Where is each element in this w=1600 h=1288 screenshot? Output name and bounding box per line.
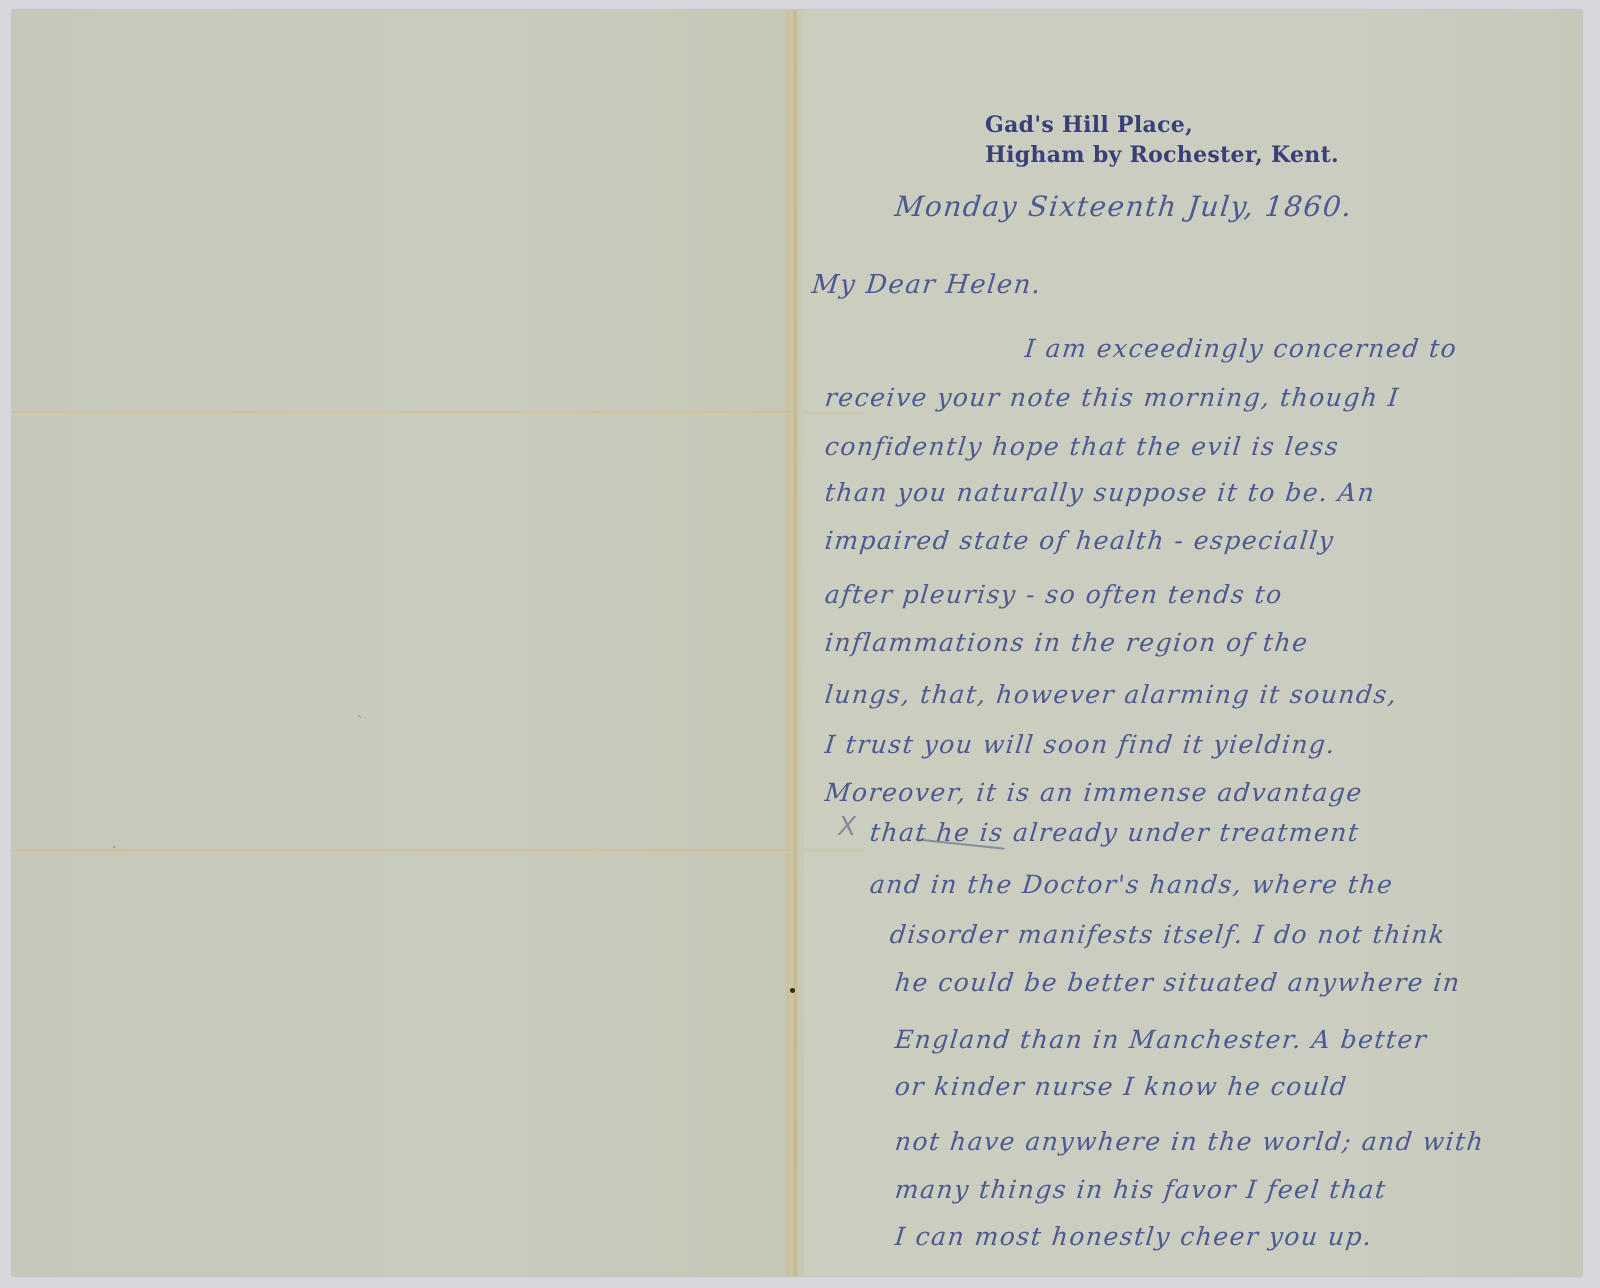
letter-line: many things in his favor I feel that bbox=[893, 1175, 1388, 1204]
letter-line: England than in Manchester. A better bbox=[893, 1025, 1428, 1054]
horizontal-fold-lower bbox=[12, 848, 792, 854]
letter-line: and in the Doctor's hands, where the bbox=[868, 870, 1395, 899]
letter-date: Monday Sixteenth July, 1860. bbox=[893, 190, 1354, 223]
letter-line: I can most honestly cheer you up. bbox=[893, 1222, 1374, 1251]
letter-line: not have anywhere in the world; and with bbox=[893, 1127, 1485, 1156]
letterhead-address-line-2: Higham by Rochester, Kent. bbox=[985, 140, 1339, 170]
stray-mark: ˋ bbox=[357, 715, 364, 731]
horizontal-fold-upper bbox=[12, 410, 792, 416]
letter-line: he could be better situated anywhere in bbox=[893, 968, 1462, 997]
letter-line: receive your note this morning, though I bbox=[823, 383, 1401, 412]
left-page-blank bbox=[12, 10, 792, 1276]
letter-salutation: My Dear Helen. bbox=[810, 270, 1043, 300]
letter-line: or kinder nurse I know he could bbox=[893, 1072, 1349, 1101]
letter-line: confidently hope that the evil is less bbox=[823, 432, 1340, 461]
letter-line: than you naturally suppose it to be. An bbox=[823, 478, 1376, 507]
letter-line: I trust you will soon find it yielding. bbox=[823, 730, 1337, 759]
horizontal-fold-lower-right bbox=[804, 848, 864, 853]
letter-line: I am exceedingly concerned to bbox=[1023, 334, 1458, 363]
letter-line: inflammations in the region of the bbox=[823, 628, 1310, 657]
letterhead-address-line-1: Gad's Hill Place, bbox=[985, 110, 1339, 140]
stray-mark: · bbox=[112, 840, 116, 856]
letter-line: lungs, that, however alarming it sounds, bbox=[823, 680, 1399, 709]
letter-line: disorder manifests itself. I do not thin… bbox=[888, 920, 1447, 949]
letter-line: after pleurisy - so often tends to bbox=[823, 580, 1284, 609]
ink-spot bbox=[790, 988, 795, 993]
letter-line: Moreover, it is an immense advantage bbox=[823, 778, 1364, 807]
letterhead: Gad's Hill Place, Higham by Rochester, K… bbox=[985, 110, 1339, 170]
center-fold-crease bbox=[784, 10, 802, 1276]
letter-line: impaired state of health - especially bbox=[823, 526, 1335, 555]
